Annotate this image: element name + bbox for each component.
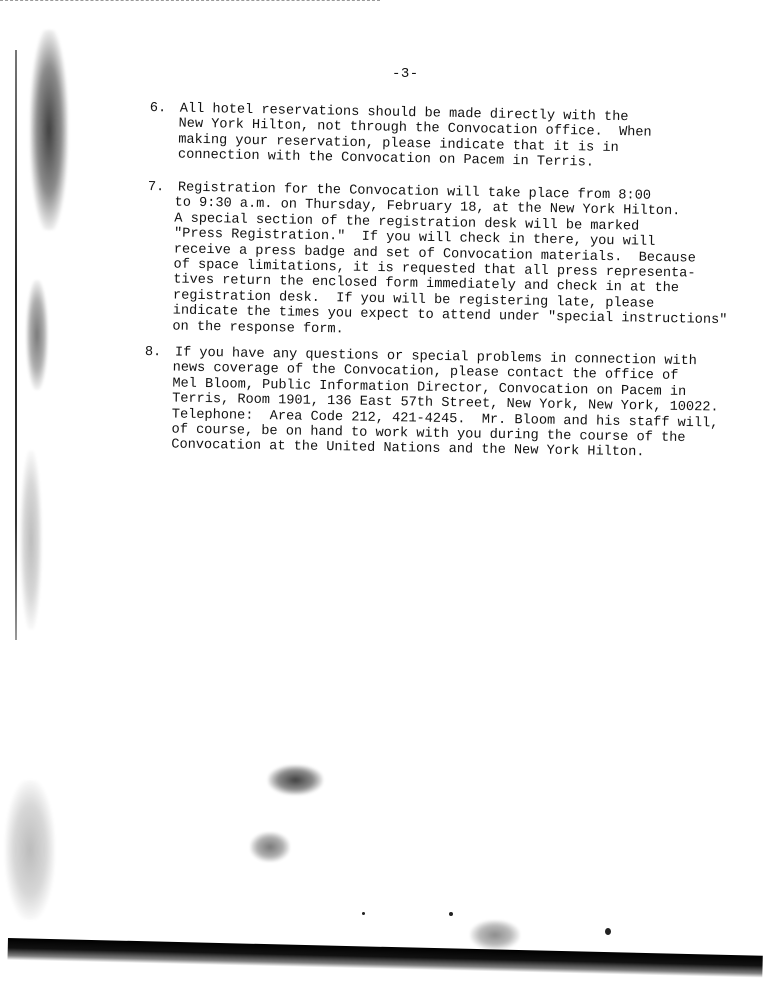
scan-smudge-bottom-left	[5, 780, 55, 920]
paragraph-number: 7.	[148, 180, 165, 196]
scan-smudge-mid-lower	[250, 832, 290, 862]
scan-smudge-left-lower	[20, 450, 42, 630]
paragraph-body: All hotel reservations should be made di…	[179, 102, 652, 173]
scan-speck	[449, 912, 453, 916]
scan-speck	[605, 928, 611, 935]
paragraph-number: 8.	[145, 345, 162, 361]
paragraph-body: Registration for the Convocation will ta…	[175, 181, 729, 345]
paragraph-number: 6.	[150, 101, 167, 117]
scan-speck	[362, 912, 365, 915]
scan-bottom-edge	[7, 938, 762, 978]
paragraph-body: If you have any questions or special pro…	[173, 345, 719, 462]
scan-smudge-mid	[268, 765, 323, 795]
scan-top-edge	[0, 0, 380, 1]
page-number: -3-	[392, 66, 419, 82]
scan-smudge-left-top	[30, 30, 68, 230]
scan-margin-line	[15, 50, 17, 640]
scan-smudge-bottom-center	[470, 920, 520, 950]
scan-smudge-left-middle	[26, 280, 48, 390]
